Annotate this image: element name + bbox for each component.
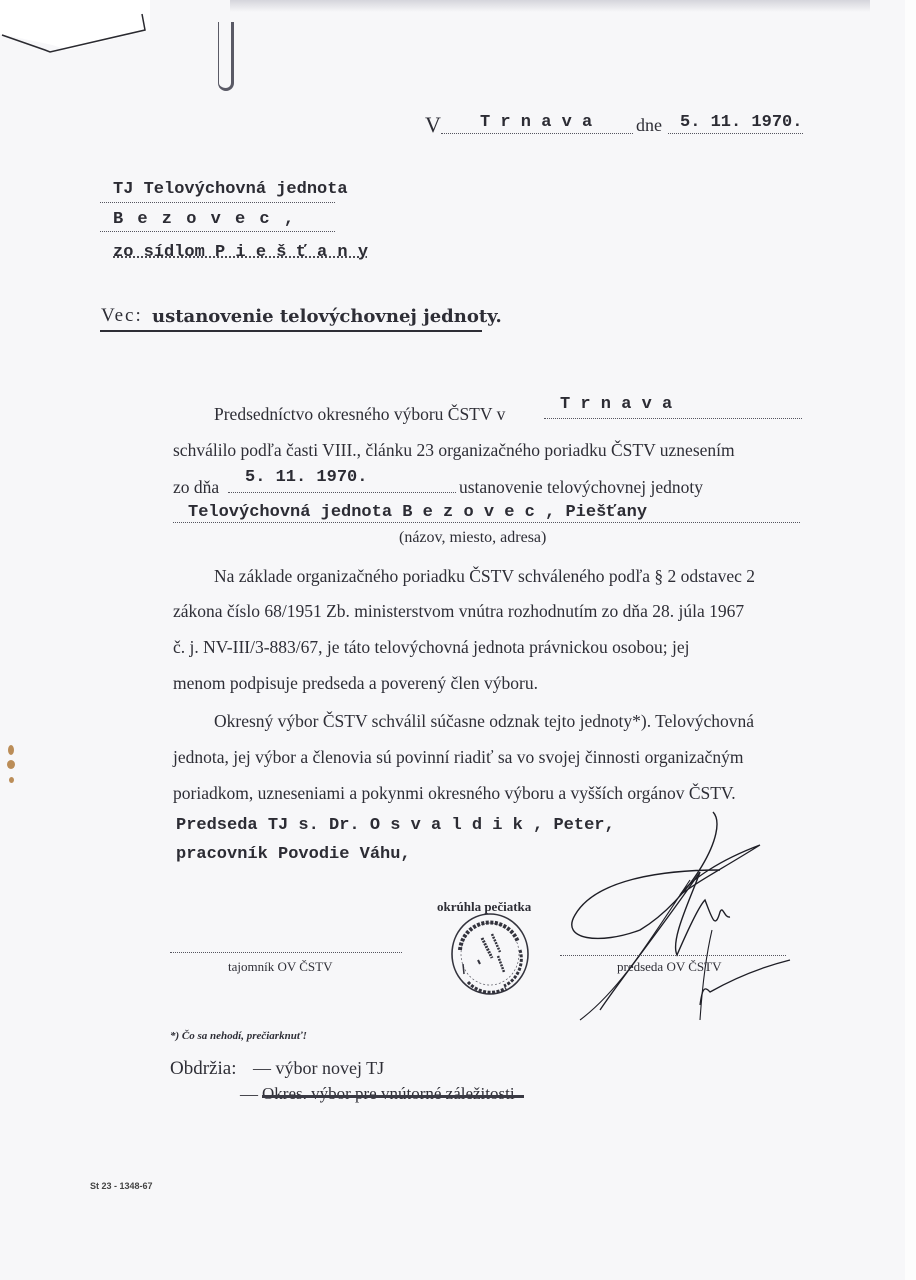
strikethrough-mark xyxy=(262,1095,524,1098)
secretary-signature-line xyxy=(170,952,402,953)
date-value: 5. 11. 1970. xyxy=(680,113,802,132)
secretary-label: tajomník OV ČSTV xyxy=(228,959,333,975)
receives-item-2-struck: Okres. výbor pre vnútorné záležitosti xyxy=(262,1084,515,1104)
date-dotline xyxy=(668,133,803,134)
torn-edge-line xyxy=(0,0,160,60)
p1-district: T r n a v a xyxy=(560,395,672,414)
paperclip-mark xyxy=(218,22,234,91)
recipient-line-1: TJ Telovýchovná jednota xyxy=(113,180,348,199)
place-prefix: V xyxy=(425,112,441,138)
recipient-line-2: B e z o v e c , xyxy=(113,210,296,229)
p1-establish: ustanovenie telovýchovnej jednoty xyxy=(459,477,703,498)
chair-signature-line xyxy=(560,955,786,956)
p2-line-3: č. j. NV-III/3-883/67, je táto telovýcho… xyxy=(173,637,689,658)
typed-chair-line-2: pracovník Povodie Váhu, xyxy=(176,845,411,864)
p1-line-2: schválilo podľa časti VIII., článku 23 o… xyxy=(173,440,735,461)
round-stamp-icon xyxy=(448,912,532,996)
place-dotline xyxy=(441,133,633,134)
subject-underline xyxy=(100,330,482,332)
district-dotline xyxy=(544,418,802,419)
receives-item-2-dash: — xyxy=(240,1084,258,1105)
unit-name: Telovýchovná jednota B e z o v e c , Pie… xyxy=(188,503,647,522)
p2-line-4: menom podpisuje predseda a poverený člen… xyxy=(173,673,538,694)
scan-edge xyxy=(905,0,916,1280)
subject-value: ustanovenie telovýchovnej jednoty. xyxy=(152,306,502,327)
place-value: T r n a v a xyxy=(480,113,592,132)
stain xyxy=(8,745,14,755)
stain xyxy=(9,777,14,783)
receives-label: Obdržia: xyxy=(170,1058,236,1080)
chair-label: predseda OV ČSTV xyxy=(617,959,721,975)
p2-line-1: Na základe organizačného poriadku ČSTV s… xyxy=(214,566,755,587)
date-prefix: dne xyxy=(636,115,662,136)
p2-line-2: zákona číslo 68/1951 Zb. ministerstvom v… xyxy=(173,601,744,622)
stain xyxy=(7,760,15,769)
recipient-dotline xyxy=(100,202,335,203)
p1-from-label: zo dňa xyxy=(173,477,219,498)
p1-date: 5. 11. 1970. xyxy=(245,468,367,487)
form-number: St 23 - 1348-67 xyxy=(90,1181,153,1191)
receives-item-1: — výbor novej TJ xyxy=(253,1058,384,1079)
p1-line-1: Predsedníctvo okresného výboru ČSTV v xyxy=(214,404,505,425)
unit-dotline xyxy=(173,522,800,523)
unit-caption: (názov, miesto, adresa) xyxy=(399,529,546,547)
date-dotline-2 xyxy=(228,492,456,493)
p3-line-1: Okresný výbor ČSTV schválil súčasne odzn… xyxy=(214,711,754,732)
typed-chair-line-1: Predseda TJ s. Dr. O s v a l d i k , Pet… xyxy=(176,816,615,835)
footnote: *) Čo sa nehodí, prečiarknuť! xyxy=(170,1030,307,1042)
p3-line-2: jednota, jej výbor a členovia sú povinní… xyxy=(173,747,743,768)
subject-label: Vec: xyxy=(101,305,143,327)
p3-line-3: poriadkom, uzneseniami a pokynmi okresné… xyxy=(173,783,736,804)
recipient-dotline xyxy=(100,231,335,232)
recipient-line-3: zo sídlom P i e š ť a n y xyxy=(113,243,368,262)
scan-noise xyxy=(230,0,870,12)
